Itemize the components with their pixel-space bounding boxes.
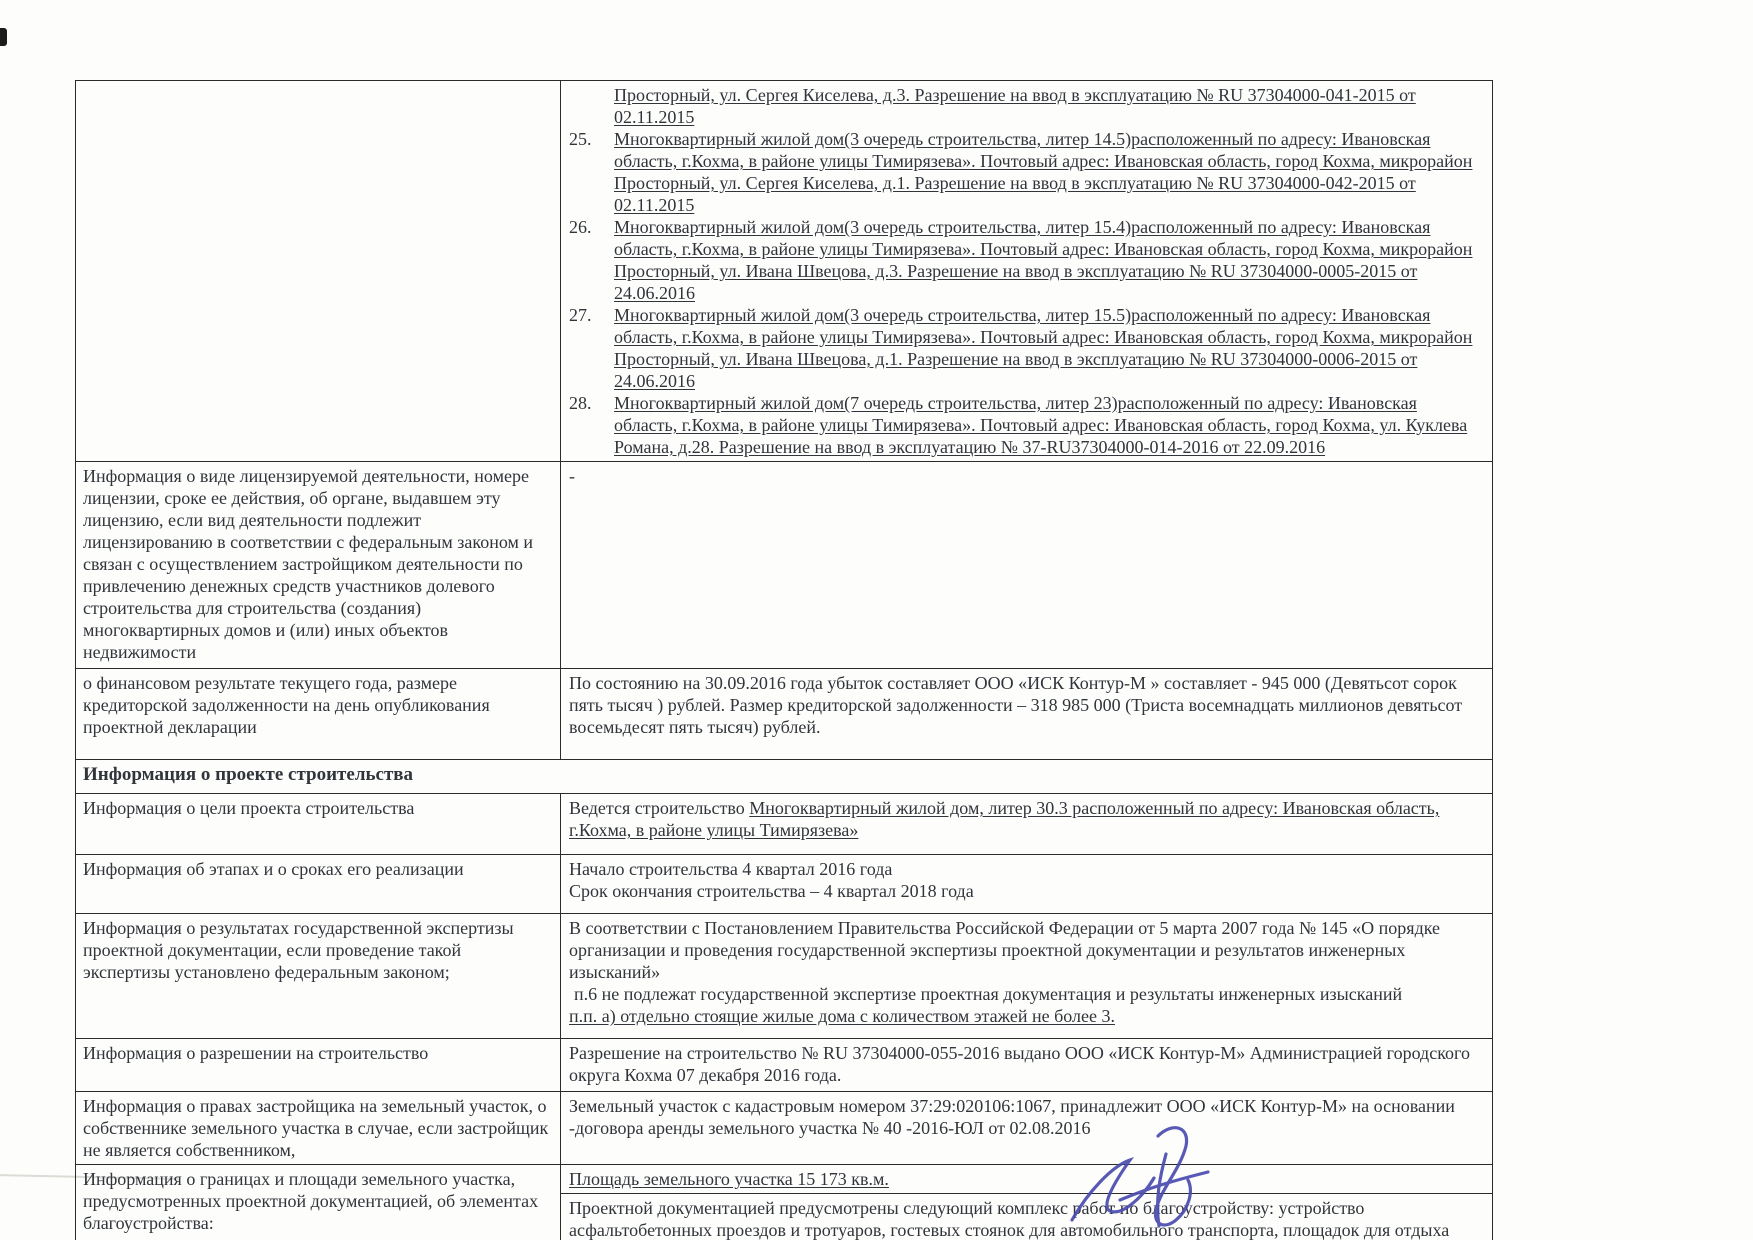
stages-row-label: Информация об этапах и о сроках его реал… (76, 855, 561, 914)
expertise-row-value: В соответствии с Постановлением Правител… (561, 914, 1493, 1039)
table-row-completed-buildings: Просторный, ул. Сергея Киселева, д.3. Ра… (76, 81, 1493, 462)
table-row-financial: о финансовом результате текущего года, р… (76, 669, 1493, 760)
scan-artifact-corner (0, 28, 7, 46)
expertise-para-2: п.6 не подлежат государственной эксперти… (569, 983, 1482, 1005)
goal-row-label: Информация о цели проекта строительства (76, 794, 561, 855)
boundaries-row-label: Информация о границах и площади земельно… (76, 1165, 561, 1240)
expertise-para-3: п.п. а) отдельно стоящие жилые дома с ко… (569, 1005, 1482, 1027)
boundaries-row-value: Площадь земельного участка 15 173 кв.м. … (561, 1165, 1493, 1240)
goal-row-value: Ведется строительство Многоквартирный жи… (561, 794, 1493, 855)
table-row-permit: Информация о разрешении на строительство… (76, 1039, 1493, 1092)
expertise-para-1: В соответствии с Постановлением Правител… (569, 917, 1482, 983)
land-area-value: Площадь земельного участка 15 173 кв.м. (561, 1165, 1492, 1194)
land-rights-row-label: Информация о правах застройщика на земел… (76, 1092, 561, 1165)
land-rights-row-value: Земельный участок с кадастровым номером … (561, 1092, 1493, 1165)
signature-scribble (1058, 1120, 1248, 1240)
section-header: Информация о проекте строительства (76, 760, 1493, 794)
empty-label-cell (76, 81, 561, 462)
license-row-value: - (561, 462, 1493, 669)
table-row-goal: Информация о цели проекта строительства … (76, 794, 1493, 855)
table-row-license: Информация о виде лицензируемой деятельн… (76, 462, 1493, 669)
expertise-row-label: Информация о результатах государственной… (76, 914, 561, 1039)
table-row-expertise: Информация о результатах государственной… (76, 914, 1493, 1039)
list-item-26: 26.Многоквартирный жилой дом(3 очередь с… (569, 216, 1482, 304)
land-rights-line-2: -договора аренды земельного участка № 40… (569, 1117, 1482, 1139)
table-row-stages: Информация об этапах и о сроках его реал… (76, 855, 1493, 914)
completed-buildings-list-cell: Просторный, ул. Сергея Киселева, д.3. Ра… (561, 81, 1493, 462)
stages-end-line: Срок окончания строительства – 4 квартал… (569, 880, 1482, 902)
stages-row-value: Начало строительства 4 квартал 2016 года… (561, 855, 1493, 914)
list-item-24-continuation: Просторный, ул. Сергея Киселева, д.3. Ра… (569, 84, 1482, 128)
table-row-boundaries: Информация о границах и площади земельно… (76, 1165, 1493, 1240)
landscaping-value: Проектной документацией предусмотрены сл… (561, 1194, 1492, 1240)
table-row-land-rights: Информация о правах застройщика на земел… (76, 1092, 1493, 1165)
table-row-section-header: Информация о проекте строительства (76, 760, 1493, 794)
stages-start-line: Начало строительства 4 квартал 2016 года (569, 858, 1482, 880)
land-rights-line-1: Земельный участок с кадастровым номером … (569, 1095, 1482, 1117)
scanned-declaration-page: Просторный, ул. Сергея Киселева, д.3. Ра… (0, 0, 1753, 1240)
list-item-27: 27.Многоквартирный жилой дом(3 очередь с… (569, 304, 1482, 392)
list-item-25: 25.Многоквартирный жилой дом(3 очередь с… (569, 128, 1482, 216)
financial-row-value: По состоянию на 30.09.2016 года убыток с… (561, 669, 1493, 760)
permit-row-label: Информация о разрешении на строительство (76, 1039, 561, 1092)
license-row-label: Информация о виде лицензируемой деятельн… (76, 462, 561, 669)
financial-row-label: о финансовом результате текущего года, р… (76, 669, 561, 760)
permit-row-value: Разрешение на строительство № RU 3730400… (561, 1039, 1493, 1092)
declaration-table: Просторный, ул. Сергея Киселева, д.3. Ра… (75, 80, 1493, 1240)
goal-value-prefix: Ведется строительство (569, 798, 749, 818)
list-item-28: 28.Многоквартирный жилой дом(7 очередь с… (569, 392, 1482, 458)
